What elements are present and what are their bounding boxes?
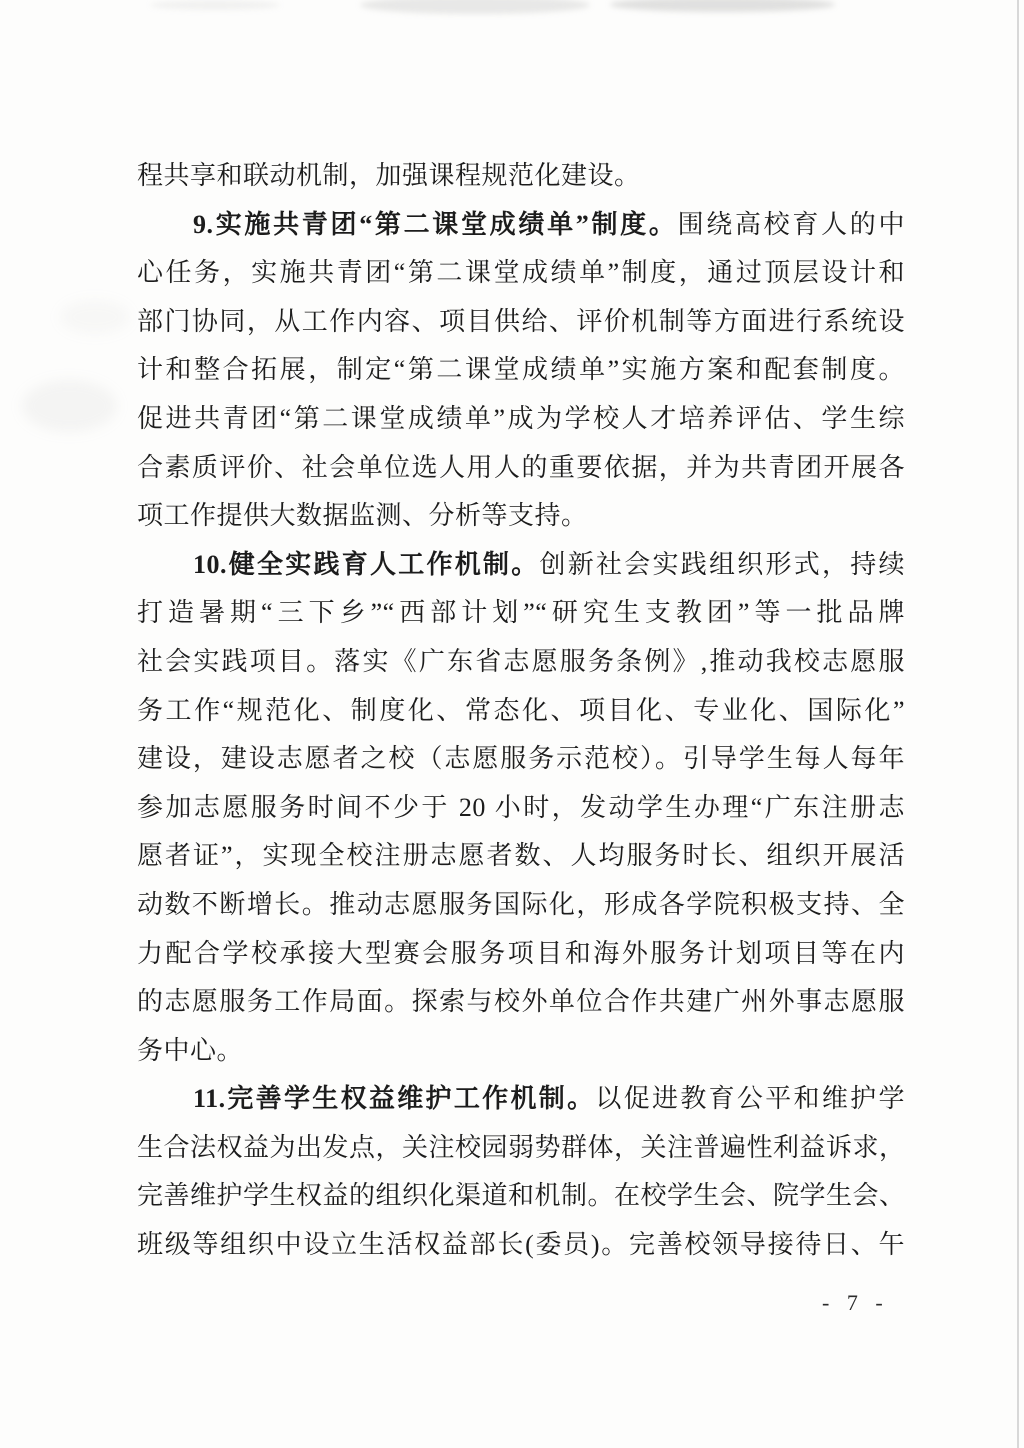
text-line: 参加志愿服务时间不少于 20 小时，发动学生办理“广东注册志	[137, 784, 905, 833]
text-line: 计和整合拓展，制定“第二课堂成绩单”实施方案和配套制度。	[137, 346, 905, 395]
text-line: 愿者证”，实现全校注册志愿者数、人均服务时长、组织开展活	[137, 832, 905, 881]
line-text: 围绕高校育人的中	[678, 210, 905, 239]
line-text: 计和整合拓展，制定“第二课堂成绩单”实施方案和配套制度。	[137, 355, 905, 384]
text-line: 打造暑期“三下乡”“西部计划”“研究生支教团”等一批品牌	[137, 589, 905, 638]
line-text: 以促进教育公平和维护学	[595, 1084, 905, 1113]
text-line: 程共享和联动机制，加强课程规范化建设。	[137, 152, 905, 201]
text-line-heading-item-10: 10.健全实践育人工作机制。创新社会实践组织形式，持续	[137, 541, 905, 590]
text-line-heading-item-11: 11.完善学生权益维护工作机制。以促进教育公平和维护学	[137, 1075, 905, 1124]
line-text: 打造暑期“三下乡”“西部计划”“研究生支教团”等一批品牌	[137, 598, 905, 627]
line-text: 生合法权益为出发点，关注校园弱势群体，关注普遍性利益诉求，	[137, 1133, 906, 1162]
heading-bold-text: 10.健全实践育人工作机制。	[193, 550, 540, 579]
text-line: 务工作“规范化、制度化、常态化、项目化、专业化、国际化”	[137, 687, 905, 736]
line-text: 项工作提供大数据监测、分析等支持。	[137, 501, 588, 530]
scan-smudge-artifact	[22, 380, 117, 432]
document-body: 程共享和联动机制，加强课程规范化建设。 9.实施共青团“第二课堂成绩单”制度。围…	[137, 152, 905, 1270]
line-text: 愿者证”，实现全校注册志愿者数、人均服务时长、组织开展活	[137, 841, 905, 870]
line-text: 务中心。	[137, 1036, 243, 1065]
line-text: 务工作“规范化、制度化、常态化、项目化、专业化、国际化”	[137, 696, 905, 725]
line-text: 建设，建设志愿者之校（志愿服务示范校）。引导学生每人每年	[137, 744, 905, 773]
text-line: 建设，建设志愿者之校（志愿服务示范校）。引导学生每人每年	[137, 735, 905, 784]
line-text: 创新社会实践组织形式，持续	[540, 550, 906, 579]
line-text: 合素质评价、社会单位选人用人的重要依据，并为共青团开展各	[137, 453, 905, 482]
text-line: 力配合学校承接大型赛会服务项目和海外服务计划项目等在内	[137, 930, 905, 979]
scan-edge-shadow	[1017, 0, 1019, 1448]
line-text: 的志愿服务工作局面。探索与校外单位合作共建广州外事志愿服	[137, 987, 905, 1016]
text-line: 部门协同，从工作内容、项目供给、评价机制等方面进行系统设	[137, 298, 905, 347]
scan-smudge-artifact	[610, 0, 835, 12]
line-text: 力配合学校承接大型赛会服务项目和海外服务计划项目等在内	[137, 939, 905, 968]
text-line: 社会实践项目。落实《广东省志愿服务条例》,推动我校志愿服	[137, 638, 905, 687]
line-text: 完善维护学生权益的组织化渠道和机制。在校学生会、院学生会、	[137, 1181, 906, 1210]
line-text: 部门协同，从工作内容、项目供给、评价机制等方面进行系统设	[137, 307, 905, 336]
heading-bold-text: 11.完善学生权益维护工作机制。	[193, 1084, 595, 1113]
line-text: 促进共青团“第二课堂成绩单”成为学校人才培养评估、学生综	[137, 404, 905, 433]
heading-bold-text: 9.实施共青团“第二课堂成绩单”制度。	[193, 210, 678, 239]
text-line: 生合法权益为出发点，关注校园弱势群体，关注普遍性利益诉求，	[137, 1124, 905, 1173]
text-line: 的志愿服务工作局面。探索与校外单位合作共建广州外事志愿服	[137, 978, 905, 1027]
line-text: 程共享和联动机制，加强课程规范化建设。	[137, 161, 641, 190]
page-number: - 7 -	[822, 1290, 889, 1316]
text-line-heading-item-9: 9.实施共青团“第二课堂成绩单”制度。围绕高校育人的中	[137, 201, 905, 250]
line-text: 心任务，实施共青团“第二课堂成绩单”制度，通过顶层设计和	[137, 258, 905, 287]
text-line: 合素质评价、社会单位选人用人的重要依据，并为共青团开展各	[137, 444, 905, 493]
line-text: 参加志愿服务时间不少于 20 小时，发动学生办理“广东注册志	[137, 793, 905, 822]
text-line: 促进共青团“第二课堂成绩单”成为学校人才培养评估、学生综	[137, 395, 905, 444]
line-text: 动数不断增长。推动志愿服务国际化，形成各学院积极支持、全	[137, 890, 905, 919]
text-line: 务中心。	[137, 1027, 905, 1076]
text-line: 动数不断增长。推动志愿服务国际化，形成各学院积极支持、全	[137, 881, 905, 930]
text-line: 班级等组织中设立生活权益部长(委员)。完善校领导接待日、午	[137, 1221, 905, 1270]
scan-smudge-artifact	[60, 300, 130, 334]
line-text: 班级等组织中设立生活权益部长(委员)。完善校领导接待日、午	[137, 1230, 905, 1259]
line-text: 社会实践项目。落实《广东省志愿服务条例》,推动我校志愿服	[137, 647, 905, 676]
scan-smudge-artifact	[360, 0, 590, 14]
text-line: 心任务，实施共青团“第二课堂成绩单”制度，通过顶层设计和	[137, 249, 905, 298]
text-line: 完善维护学生权益的组织化渠道和机制。在校学生会、院学生会、	[137, 1172, 905, 1221]
scanned-document-page: 程共享和联动机制，加强课程规范化建设。 9.实施共青团“第二课堂成绩单”制度。围…	[0, 0, 1024, 1448]
scan-smudge-artifact	[150, 0, 280, 10]
text-line: 项工作提供大数据监测、分析等支持。	[137, 492, 905, 541]
